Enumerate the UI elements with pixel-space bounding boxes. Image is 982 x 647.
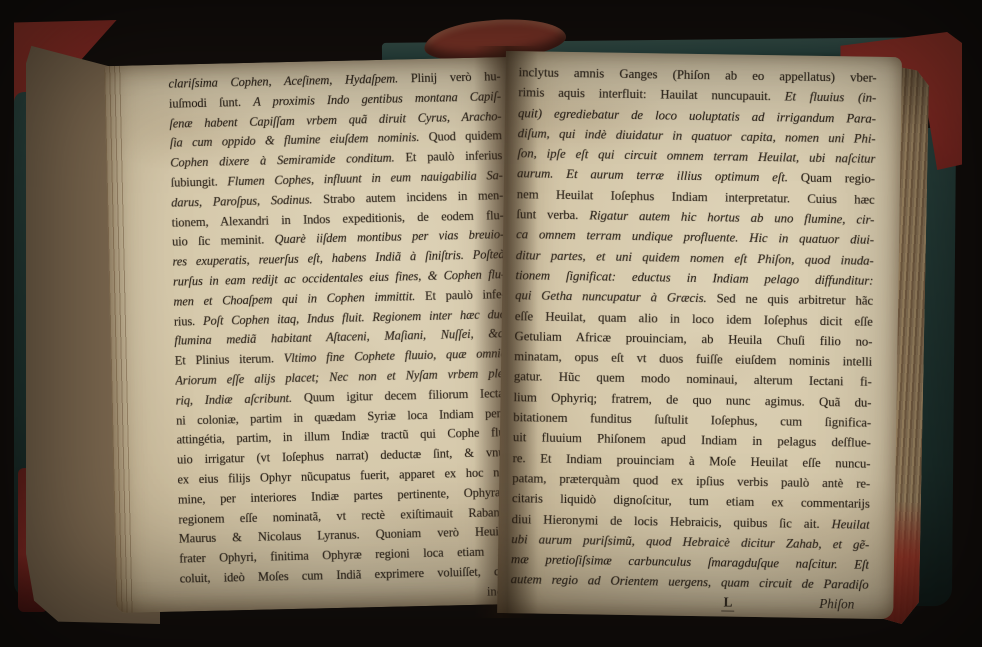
right-page: inclytus amnis Ganges (Phiſon ab eo appe… [497, 51, 902, 619]
left-page: clariſsima Cophen, Aceſinem, Hydaſpem. P… [104, 57, 520, 613]
signature-mark: L [721, 594, 734, 611]
right-page-text: inclytus amnis Ganges (Phiſon ab eo appe… [511, 62, 877, 595]
left-page-text: clariſsima Cophen, Aceſinem, Hydaſpem. P… [168, 67, 512, 589]
catchword-right: Phiſon [819, 596, 854, 613]
book-photo-scene: clariſsima Cophen, Aceſinem, Hydaſpem. P… [0, 0, 982, 647]
